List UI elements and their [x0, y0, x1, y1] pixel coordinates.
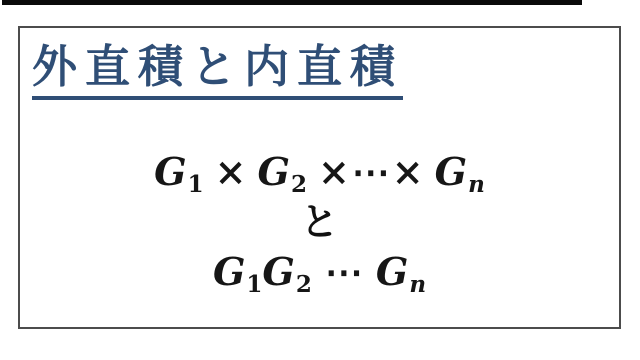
subscript: 1 [188, 171, 204, 198]
subscript: n [468, 171, 485, 198]
group-symbol: G [154, 149, 186, 194]
slide-frame: 外直積と内直積 G1×G2×⋯×Gn と G1G2⋯Gn [18, 26, 621, 329]
group-symbol: G [213, 249, 245, 294]
group-symbol: G [262, 249, 294, 294]
times-operator: × [392, 149, 424, 194]
subscript: 2 [291, 171, 307, 198]
subscript: 1 [246, 271, 262, 298]
internal-direct-product-formula: G1G2⋯Gn [20, 248, 619, 300]
top-black-bar [2, 0, 582, 5]
connector-to-label: と [20, 201, 619, 247]
subscript: 2 [296, 271, 312, 298]
group-symbol: G [257, 149, 289, 194]
cdots-ellipsis: ⋯ [352, 149, 390, 194]
slide-title: 外直積と内直積 [32, 42, 403, 100]
math-block: G1×G2×⋯×Gn と G1G2⋯Gn [20, 148, 619, 300]
subscript: n [409, 271, 426, 298]
cdots-ellipsis: ⋯ [325, 249, 363, 294]
times-operator: × [215, 149, 247, 194]
slide-canvas: 外直積と内直積 G1×G2×⋯×Gn と G1G2⋯Gn [0, 0, 640, 360]
times-operator: × [318, 149, 350, 194]
external-direct-product-formula: G1×G2×⋯×Gn [20, 148, 619, 200]
group-symbol: G [376, 249, 408, 294]
group-symbol: G [435, 149, 467, 194]
